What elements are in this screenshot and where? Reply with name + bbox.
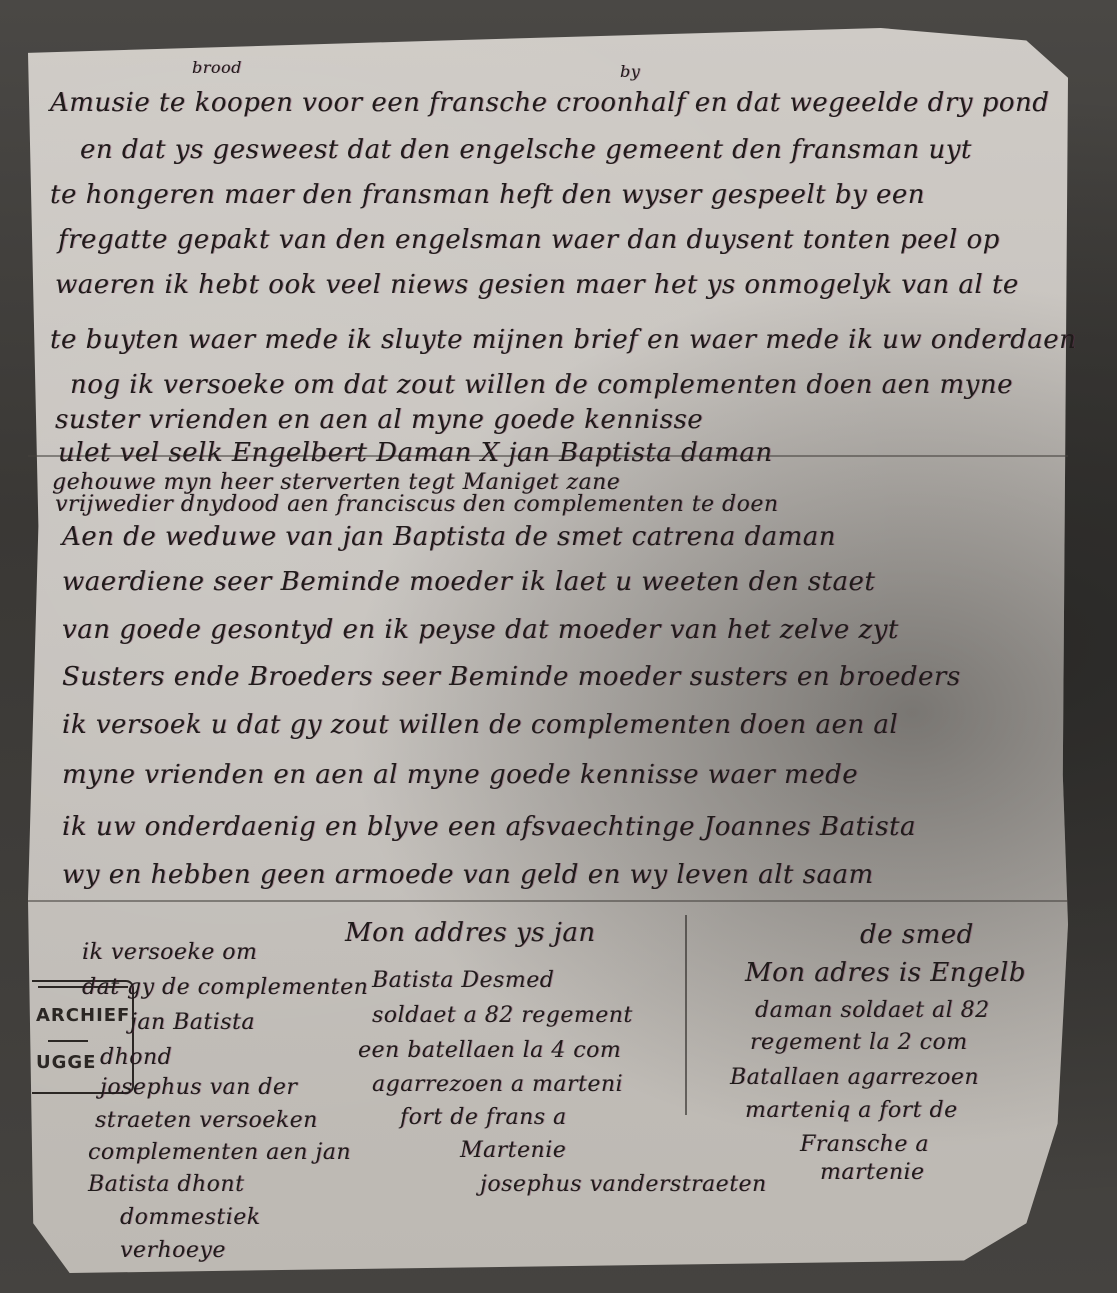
body-line: vrijwedier dnydood aen franciscus den co…	[55, 492, 779, 517]
address-line: dat gy de complementen	[82, 975, 368, 1000]
interlinear-note: by	[620, 62, 640, 81]
body-line: te hongeren maer den fransman heft den w…	[50, 180, 925, 210]
address-line: agarrezoen a marteni	[372, 1072, 623, 1097]
column-divider	[685, 915, 687, 1115]
address-line: daman soldaet al 82	[755, 998, 990, 1023]
address-line: martenie	[820, 1160, 925, 1185]
body-line: ik uw onderdaenig en blyve een afsvaecht…	[62, 812, 916, 842]
body-line: suster vrienden en aen al myne goede ken…	[55, 405, 703, 435]
address-line: Mon addres ys jan	[345, 918, 596, 948]
body-line: Amusie te koopen voor een fransche croon…	[50, 88, 1049, 118]
body-line: nog ik versoeke om dat zout willen de co…	[70, 370, 1013, 400]
address-line: een batellaen la 4 com	[358, 1038, 621, 1063]
address-line: dommestiek	[120, 1205, 261, 1230]
body-line: myne vrienden en aen al myne goede kenni…	[62, 760, 858, 790]
address-line: ik versoeke om	[82, 940, 257, 965]
archive-stamp-text: ARCHIEF	[36, 1005, 130, 1026]
address-line: josephus van der	[100, 1075, 297, 1100]
address-line: marteniq a fort de	[745, 1098, 958, 1123]
address-line: complementen aen jan	[88, 1140, 351, 1165]
body-line: waerdiene seer Beminde moeder ik laet u …	[62, 567, 875, 597]
body-line: ik versoek u dat gy zout willen de compl…	[62, 710, 898, 740]
body-line: van goede gesontyd en ik peyse dat moede…	[62, 615, 899, 645]
address-line: Batallaen agarrezoen	[730, 1065, 979, 1090]
body-line: te buyten waer mede ik sluyte mijnen bri…	[50, 325, 1076, 355]
address-line: jan Batista	[130, 1010, 255, 1035]
archive-stamp-text: UGGE	[36, 1052, 96, 1073]
body-line: waeren ik hebt ook veel niews gesien mae…	[55, 270, 1019, 300]
body-line: ulet vel selk Engelbert Daman X jan Bapt…	[58, 438, 773, 468]
address-line: Martenie	[460, 1138, 566, 1163]
address-line: verhoeye	[120, 1238, 226, 1263]
body-line: fregatte gepakt van den engelsman waer d…	[58, 225, 1000, 255]
address-line: fort de frans a	[400, 1105, 567, 1130]
body-line: wy en hebben geen armoede van geld en wy…	[62, 860, 874, 890]
address-line: dhond	[100, 1045, 172, 1070]
body-line: en dat ys gesweest dat den engelsche gem…	[80, 135, 972, 165]
address-line: josephus vanderstraeten	[480, 1172, 767, 1197]
address-line: soldaet a 82 regement	[372, 1003, 633, 1028]
address-line: Fransche a	[800, 1132, 929, 1157]
address-line: Mon adres is Engelb	[745, 958, 1026, 988]
address-line: straeten versoeken	[95, 1108, 318, 1133]
interlinear-note: brood	[192, 58, 242, 77]
address-line: regement la 2 com	[750, 1030, 968, 1055]
stamp-rule	[48, 1040, 88, 1042]
fold-line	[28, 900, 1068, 902]
address-line: Batista Desmed	[372, 968, 554, 993]
address-line: Batista dhont	[88, 1172, 244, 1197]
body-line: Susters ende Broeders seer Beminde moede…	[62, 662, 961, 692]
address-line: de smed	[860, 920, 974, 950]
body-line: Aen de weduwe van jan Baptista de smet c…	[62, 522, 836, 552]
